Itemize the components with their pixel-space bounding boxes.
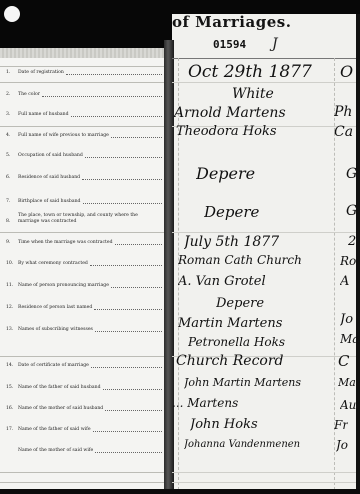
scan-bottom-border [0, 489, 360, 494]
entry-divider [172, 482, 356, 483]
next-entry-fragment: Ro [340, 254, 356, 268]
header-divider [172, 58, 356, 59]
entry-divider [172, 472, 356, 473]
next-entry-fragment: Ca [334, 124, 353, 140]
entry-wife-mother: Johanna Vandenmenen [184, 439, 300, 450]
divider [0, 82, 164, 83]
label-wife-mother: Name of the mother of said wife [6, 448, 162, 454]
entry-wife-name: Theodora Hoks [176, 124, 277, 139]
label-certificate-date: 14.Date of certificate of marriage [6, 363, 162, 369]
label-date-of-registration: 1.Date of registration [6, 70, 162, 76]
next-entry-fragment: 2 [348, 234, 356, 249]
next-entry-fragment: Ma [338, 376, 356, 389]
record-mark: J [272, 36, 278, 52]
label-husband-father: 15.Name of the father of said husband [6, 385, 162, 391]
entry-certificate-date: Church Record [176, 353, 284, 369]
next-entry-fragment: G [346, 166, 357, 182]
divider [0, 232, 164, 233]
label-marriage-time: 9.Time when the marriage was contracted [6, 240, 162, 246]
register-title: of Marriages. [172, 13, 291, 31]
next-entry-fragment: Au [340, 398, 356, 412]
entry-residence: Depere [196, 164, 255, 183]
book-binding [164, 40, 174, 494]
next-entry-fragment: Jo [340, 312, 353, 327]
record-number: 01594 [213, 38, 246, 51]
next-entry-fragment: Ph [334, 104, 352, 120]
entry-witness-1: Martin Martens [178, 316, 282, 331]
label-residence: 6.Residence of said husband [6, 175, 162, 181]
divider [0, 472, 164, 473]
entry-husband-father: John Martin Martens [184, 376, 301, 389]
label-husband-mother: 16.Name of the mother of said husband [6, 406, 162, 412]
divider [0, 482, 164, 483]
label-occupation: 5.Occupation of said husband [6, 153, 162, 159]
label-ceremony: 10.By what ceremony contracted [6, 261, 162, 267]
next-entry-fragment: Fr [334, 418, 348, 432]
divider [0, 66, 164, 67]
divider [0, 126, 164, 127]
entry-husband-name: Arnold Martens [174, 105, 286, 121]
label-wife-father: 17.Name of the father of said wife [6, 427, 162, 433]
entry-wife-father: John Hoks [190, 417, 258, 432]
next-entry-fragment: O [340, 62, 353, 81]
entry-divider [172, 82, 356, 83]
marriage-register-scan: of Marriages. 01594 J 1.Date of registra… [0, 0, 360, 494]
entry-marriage-time: July 5th 1877 [184, 234, 279, 250]
punch-hole [4, 6, 20, 22]
label-birthplace: 7.Birthplace of said husband [6, 199, 162, 205]
label-color: 2.The color [6, 92, 162, 98]
label-husband-name: 3.Full name of husband [6, 112, 162, 118]
label-witnesses: 13.Names of subscribing witnesses [6, 327, 162, 333]
entry-date-of-registration: Oct 29th 1877 [188, 62, 312, 82]
left-page-header-strip [0, 48, 164, 58]
next-entry-fragment: Jo [336, 438, 348, 452]
next-entry-fragment: Ma [340, 332, 359, 346]
label-officiant-residence: 12.Residence of person last named [6, 305, 162, 311]
entry-color: White [232, 86, 274, 102]
entry-ceremony: Roman Cath Church [178, 253, 302, 267]
entry-officiant: A. Van Grotel [178, 274, 266, 289]
next-entry-fragment: A [340, 274, 349, 289]
label-officiant: 11.Name of person pronouncing marriage [6, 283, 162, 289]
next-entry-fragment: G [346, 203, 357, 219]
entry-marriage-place: Depere [204, 203, 259, 221]
entry-husband-mother: ... Martens [172, 396, 238, 410]
divider [0, 356, 164, 357]
scan-right-border [356, 14, 360, 494]
next-entry-fragment: C [338, 352, 349, 370]
entry-divider [172, 232, 356, 233]
entry-witness-2: Petronella Hoks [188, 335, 285, 349]
label-marriage-place: 8.The place, town or township, and count… [6, 213, 162, 224]
label-wife-name: 4.Full name of wife previous to marriage [6, 133, 162, 139]
entry-officiant-residence: Depere [216, 296, 264, 311]
